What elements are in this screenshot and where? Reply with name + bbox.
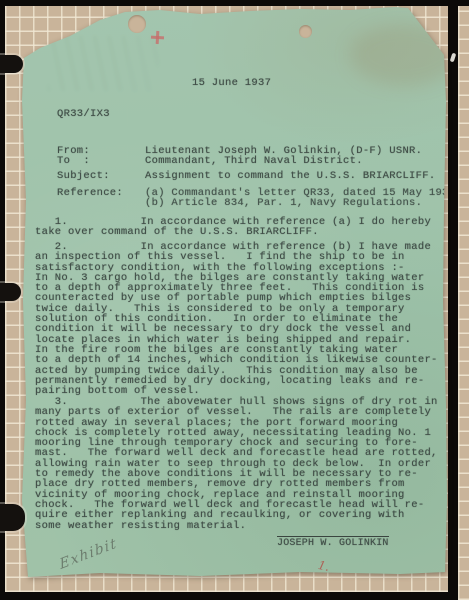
- text-line: pairing bottom of vessel.: [35, 386, 438, 396]
- reference-values: (a) Commandant's letter QR33, dated 15 M…: [145, 188, 462, 209]
- subject-value: Assignment to command the U.S.S. BRIARCL…: [145, 171, 435, 181]
- file-number: QR33/IX3: [57, 109, 110, 119]
- binder-hole-bottom: [0, 504, 25, 531]
- text-line: (b) Article 834, Par. 1, Navy Regulation…: [145, 198, 462, 208]
- scanned-document-page: 15 June 1937 QR33/IX3 From: Lieutenant J…: [0, 0, 469, 600]
- letter-content: 15 June 1937 QR33/IX3 From: Lieutenant J…: [35, 6, 447, 578]
- to-value: Commandant, Third Naval District.: [145, 156, 363, 166]
- binder-hole-top: [0, 55, 23, 73]
- text-line: take over command of the U.S.S. BRIARCLI…: [35, 227, 431, 237]
- binder-hole-middle: [0, 283, 21, 301]
- letter-sheet: 15 June 1937 QR33/IX3 From: Lieutenant J…: [20, 6, 450, 578]
- paragraph-3: 3. The abovewater hull shows signs of dr…: [35, 397, 438, 531]
- reference-label: Reference:: [57, 188, 123, 198]
- paragraph-1: 1. In accordance with reference (a) I do…: [35, 217, 431, 238]
- text-line: some weather resisting material.: [35, 521, 438, 531]
- letter-date: 15 June 1937: [192, 78, 271, 88]
- paragraph-2: 2. In accordance with reference (b) I ha…: [35, 242, 438, 396]
- subject-label: Subject:: [57, 171, 110, 181]
- subject-row: Subject: Assignment to command the U.S.S…: [35, 171, 447, 182]
- scan-edge-speck: [450, 53, 457, 63]
- to-label: To :: [57, 156, 90, 166]
- reference-row: Reference: (a) Commandant's letter QR33,…: [35, 188, 447, 210]
- to-row: To : Commandant, Third Naval District.: [35, 156, 447, 167]
- signature-block: JOSEPH W. GOLINKIN: [277, 536, 389, 549]
- signature-name: JOSEPH W. GOLINKIN: [277, 538, 389, 549]
- graph-paper-strip-right: [458, 6, 469, 600]
- registration-plus-mark: [151, 31, 165, 45]
- letter-sheet-wrapper: 15 June 1937 QR33/IX3 From: Lieutenant J…: [20, 6, 450, 578]
